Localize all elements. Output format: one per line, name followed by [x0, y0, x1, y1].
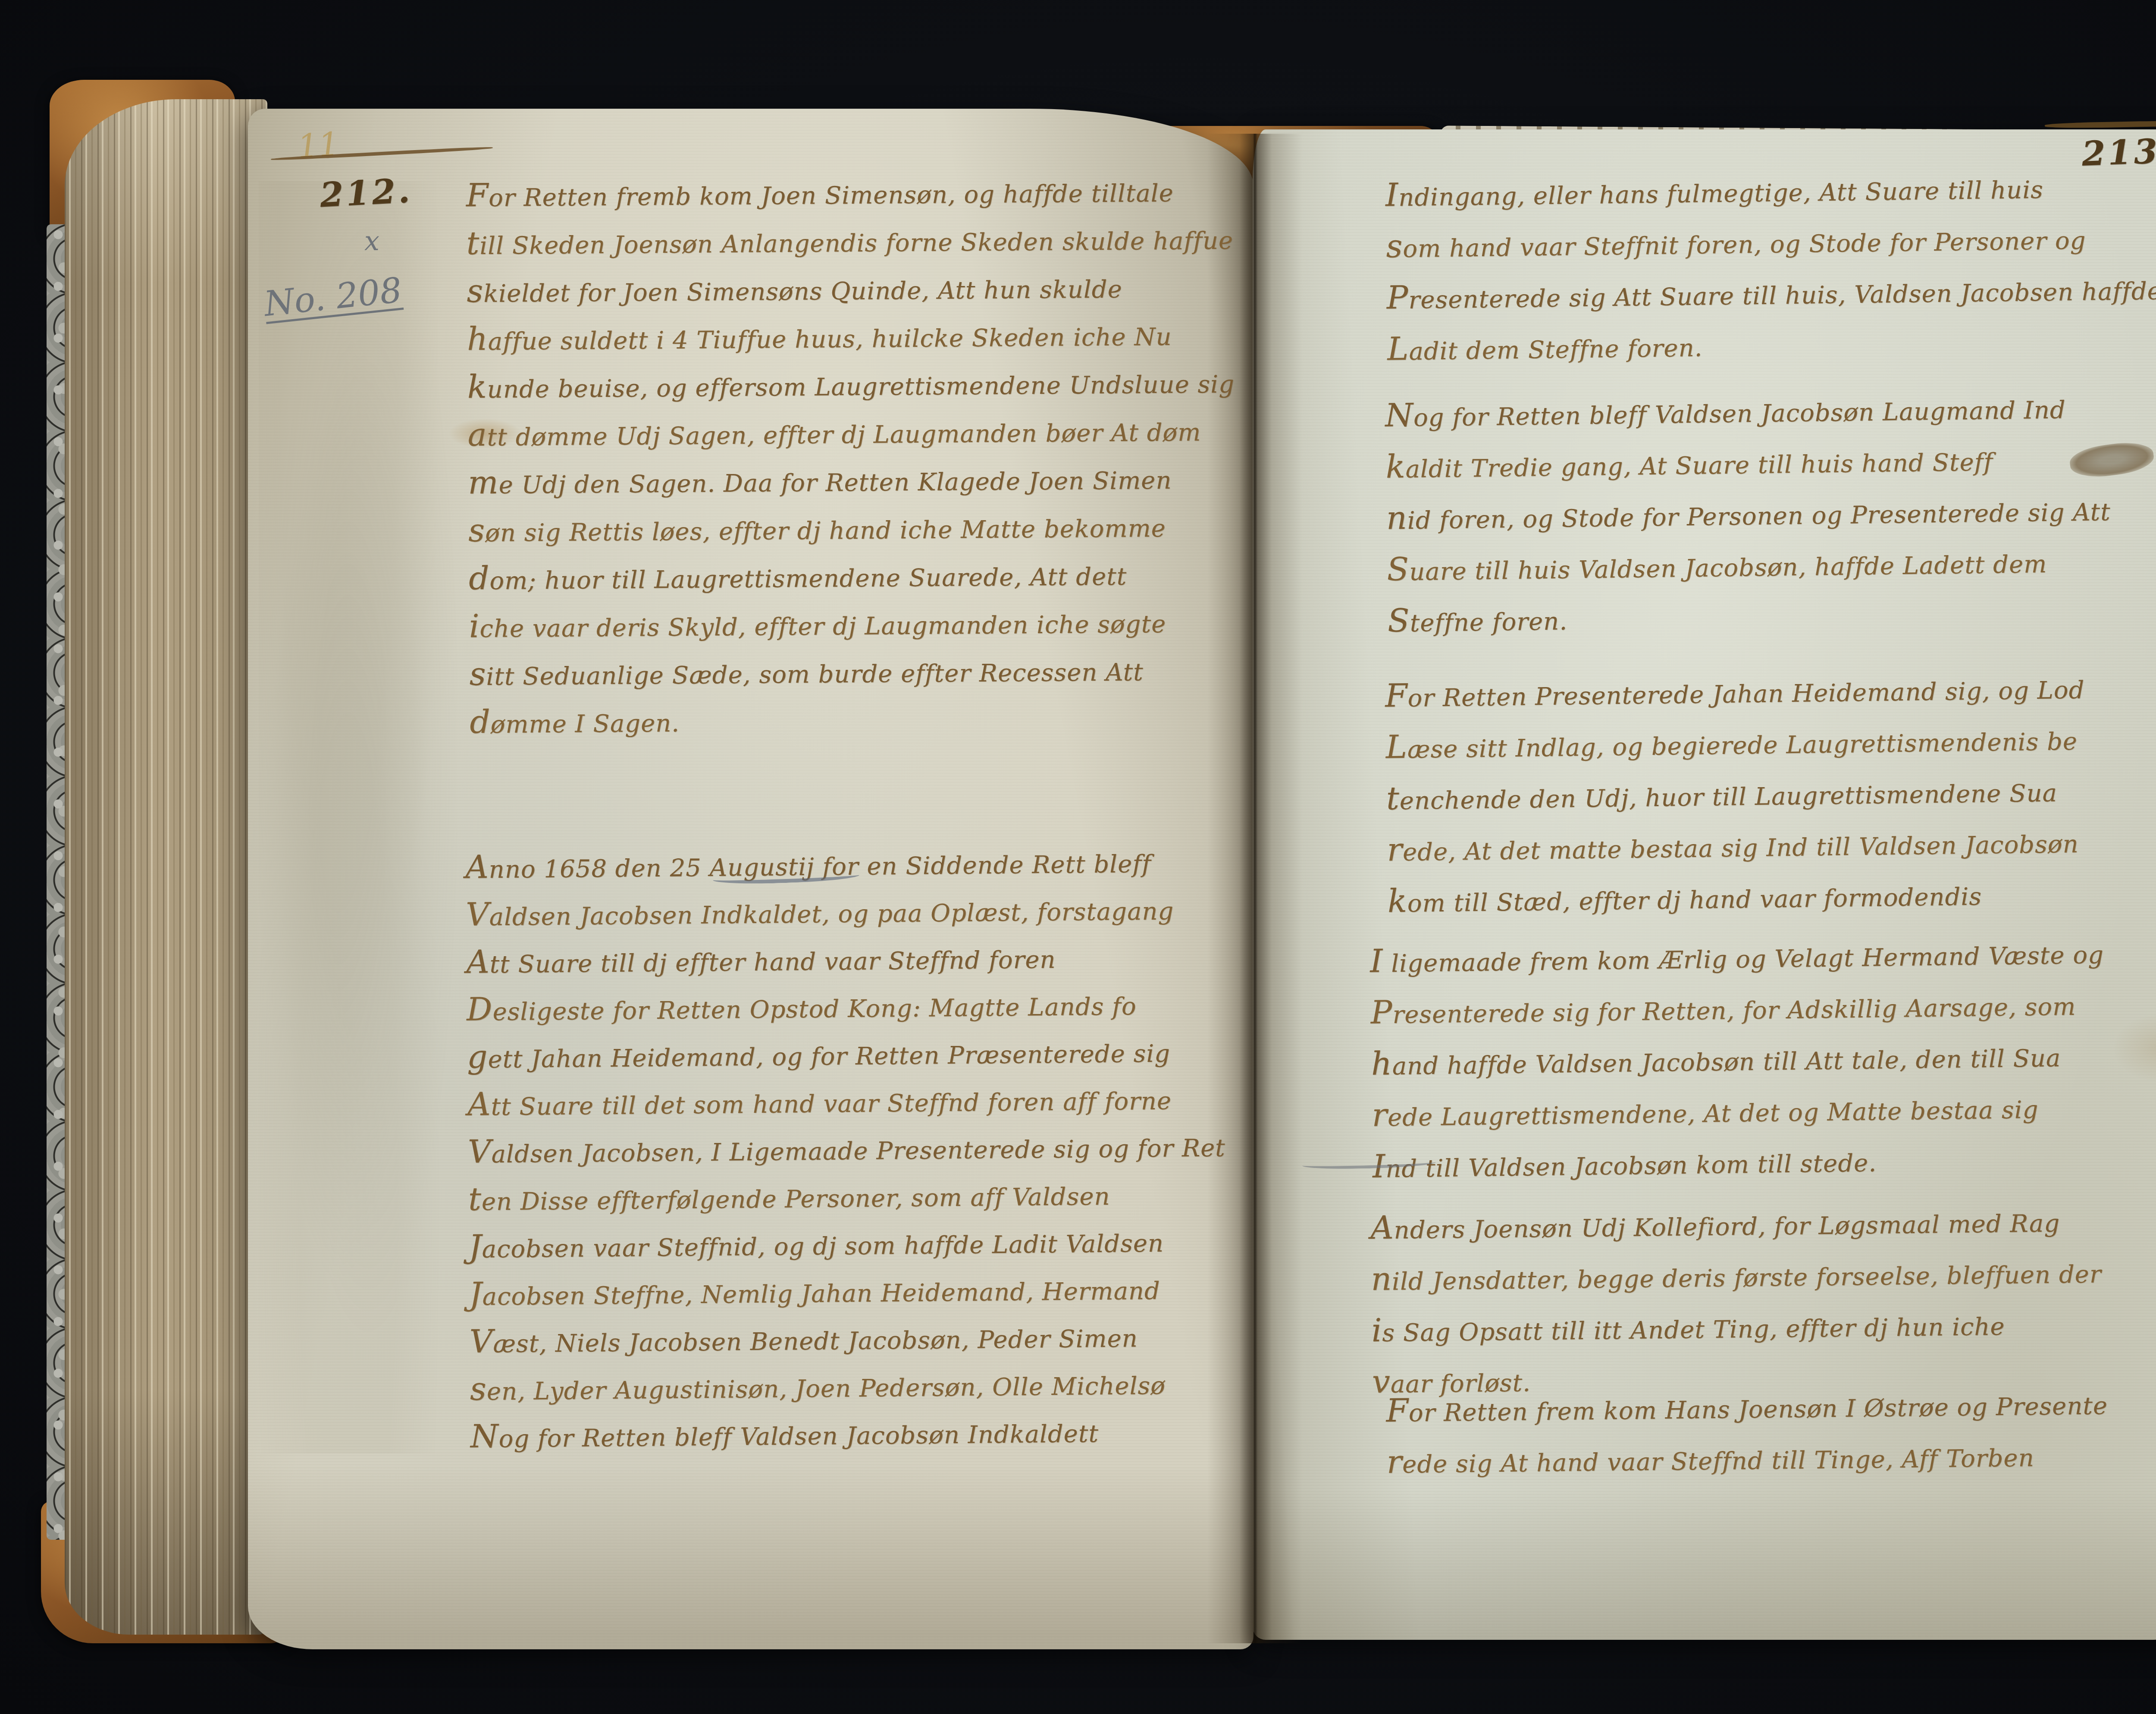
page-stack-edge-left — [65, 99, 267, 1635]
handwritten-line: me Udj den Sagen. Daa for Retten Klagede… — [468, 454, 1240, 507]
bleed-through — [259, 181, 457, 1453]
handwritten-line: Valdsen Jacobsen, I Ligemaade Presentere… — [468, 1121, 1240, 1176]
handwritten-line: I ligemaade frem kom Ærlig og Velagt Her… — [1369, 926, 2156, 987]
handwritten-line: haffue suldett i 4 Tiuffue huus, huilcke… — [467, 310, 1239, 363]
handwritten-line: sitt Seduanlige Sæde, som burde effter R… — [469, 645, 1241, 698]
handwritten-line: iche vaar deris Skyld, effter dj Laugman… — [469, 597, 1241, 650]
handwritten-line: Anno 1658 den 25 Augustij for en Siddend… — [465, 837, 1238, 891]
handwritten-line: Steffne foren. — [1387, 585, 2156, 647]
handwritten-line: ten Disse effterfølgende Personer, som a… — [468, 1169, 1241, 1223]
handwritten-line: is Sag Opsatt till itt Andet Ting, effte… — [1371, 1296, 2156, 1356]
handwritten-line: skieldet for Joen Simensøns Quinde, Att … — [467, 262, 1239, 315]
handwritten-line: Presenterede sig Att Suare till huis, Va… — [1386, 262, 2156, 323]
handwritten-line: Nog for Retten bleff Valdsen Jacobsøn La… — [1385, 380, 2156, 441]
handwritten-line: For Retten fremb kom Joen Simensøn, og h… — [466, 166, 1238, 220]
manuscript-photo: 11 212. x No. 208 213. For Retten fremb … — [0, 0, 2156, 1714]
handwritten-line: Væst, Niels Jacobsen Benedt Jacobsøn, Pe… — [469, 1311, 1241, 1366]
handwritten-line: Presenterede sig for Retten, for Adskill… — [1370, 977, 2156, 1038]
handwritten-line: søn sig Rettis løes, effter dj hand iche… — [468, 502, 1241, 555]
handwritten-line: Valdsen Jacobsen Indkaldet, og paa Oplæs… — [466, 884, 1238, 939]
handwritten-line: nid foren, og Stode for Personen og Pres… — [1386, 483, 2156, 544]
handwritten-line: Att Suare till dj effter hand vaar Steff… — [466, 932, 1238, 986]
handwritten-line: rede, At det matte bestaa sig Ind till V… — [1387, 814, 2156, 876]
handwritten-line: sen, Lyder Augustinisøn, Joen Pedersøn, … — [470, 1359, 1242, 1413]
page-number-left: 212. — [319, 171, 413, 215]
handwritten-line: hand haffde Valdsen Jacobsøn till Att ta… — [1371, 1028, 2156, 1089]
handwritten-line: Jacobsen vaar Steffnid, og dj som haffde… — [468, 1216, 1241, 1271]
handwritten-line: tenchende den Udj, huor till Laugrettism… — [1386, 763, 2156, 824]
handwritten-line: dom; huor till Laugrettismendene Suarede… — [469, 549, 1241, 603]
handwritten-line: Desligeste for Retten Opstod Kong: Magtt… — [467, 979, 1239, 1033]
right-page-paragraph-6: For Retten frem kom Hans Joensøn I Østrø… — [1386, 1377, 2156, 1488]
handwritten-line: For Retten frem kom Hans Joensøn I Østrø… — [1386, 1377, 2156, 1437]
right-page-paragraph-3: For Retten Presenterede Jahan Heidemand … — [1385, 660, 2156, 927]
handwritten-line: kaldit Tredie gang, At Suare till huis h… — [1385, 431, 2156, 493]
right-page-paragraph-4: I ligemaade frem kom Ærlig og Velagt Her… — [1369, 926, 2156, 1192]
handwritten-line: Indingang, eller hans fulmegtige, Att Su… — [1385, 160, 2156, 221]
left-page-paragraph-1: For Retten fremb kom Joen Simensøn, og h… — [466, 166, 1241, 746]
handwritten-line: Suare till huis Valdsen Jacobsøn, haffde… — [1387, 534, 2156, 595]
handwritten-line: Att Suare till det som hand vaar Steffnd… — [467, 1074, 1240, 1128]
handwritten-line: kunde beuise, og effersom Laugrettismend… — [467, 358, 1239, 411]
handwritten-line: Jacobsen Steffne, Nemlig Jahan Heidemand… — [469, 1264, 1241, 1318]
crossed-out-folio-mark: 11 — [296, 125, 341, 166]
handwritten-line: dømme I Sagen. — [470, 693, 1242, 746]
handwritten-line: Læse sitt Indlag, og begierede Laugretti… — [1385, 712, 2156, 773]
pencil-cross-mark: x — [364, 225, 379, 257]
handwritten-line: som hand vaar Steffnit foren, og Stode f… — [1386, 211, 2156, 272]
handwritten-line: Ladit dem Steffne foren. — [1387, 314, 2156, 375]
right-page-paragraph-2: Nog for Retten bleff Valdsen Jacobsøn La… — [1385, 380, 2156, 647]
handwritten-line: Anders Joensøn Udj Kollefiord, for Løgsm… — [1370, 1194, 2156, 1254]
handwritten-line: till Skeden Joensøn Anlangendis forne Sk… — [466, 214, 1238, 267]
handwritten-line: rede Laugrettismendene, At det og Matte … — [1372, 1080, 2156, 1141]
header-stroke-right — [2045, 120, 2156, 129]
handwritten-line: kom till Stæd, effter dj hand vaar formo… — [1387, 866, 2156, 927]
handwritten-line: rede sig At hand vaar Steffnd till Tinge… — [1386, 1428, 2156, 1488]
right-page-paragraph-5: Anders Joensøn Udj Kollefiord, for Løgsm… — [1370, 1194, 2156, 1408]
handwritten-line: att dømme Udj Sagen, effter dj Laugmande… — [467, 406, 1240, 459]
handwritten-line: Ind till Valdsen Jacobsøn kom till stede… — [1372, 1131, 2156, 1192]
handwritten-line: For Retten Presenterede Jahan Heidemand … — [1385, 660, 2156, 722]
left-page-paragraph-2: Anno 1658 den 25 Augustij for en Siddend… — [465, 837, 1242, 1460]
handwritten-line: gett Jahan Heidemand, og for Retten Præs… — [467, 1027, 1239, 1081]
right-page-paragraph-1: Indingang, eller hans fulmegtige, Att Su… — [1385, 160, 2156, 375]
handwritten-line: Nog for Retten bleff Valdsen Jacobsøn In… — [470, 1406, 1242, 1460]
handwritten-line: nild Jensdatter, begge deris første fors… — [1371, 1245, 2156, 1305]
